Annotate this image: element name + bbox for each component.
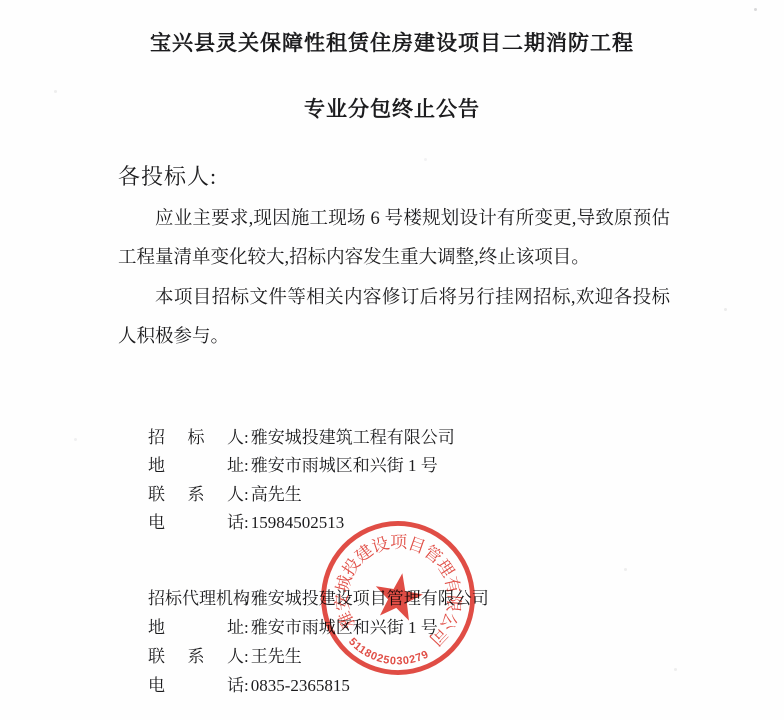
bidder-address-row: 地 址:雅安市雨城区和兴街 1 号 [148,452,784,481]
document-page: 宝兴县灵关保障性租赁住房建设项目二期消防工程 专业分包终止公告 各投标人: 应业… [0,0,784,720]
bidder-address-value: 雅安市雨城区和兴街 1 号 [251,456,438,475]
bidder-name-value: 雅安城投建筑工程有限公司 [251,428,455,447]
bidder-contact-person-label: 联 系 人 [148,481,244,510]
agency-address-label: 地 址 [148,613,244,642]
paragraph-1: 应业主要求,现因施工现场 6 号楼规划设计有所变更,导致原预估工程量清单变化较大… [118,200,670,279]
agency-phone-label: 电 话 [148,671,244,700]
colon: : [244,671,249,700]
bidder-name-row: 招 标 人:雅安城投建筑工程有限公司 [148,424,784,453]
bidder-phone-label: 电 话 [148,509,244,538]
document-title-line2: 专业分包终止公告 [0,93,784,123]
paragraph-2: 本项目招标文件等相关内容修订后将另行挂网招标,欢迎各投标人积极参与。 [118,279,670,358]
bidder-contact-person-value: 高先生 [251,485,302,504]
agency-contact-block: 招标代理机构:雅安城投建设项目管理有限公司 地 址:雅安市雨城区和兴街 1 号 … [148,584,784,700]
agency-contact-person-value: 王先生 [251,647,302,666]
bidder-phone-value: 15984502513 [251,513,345,532]
agency-contact-person-row: 联 系 人:王先生 [148,642,784,671]
agency-name-row: 招标代理机构:雅安城投建设项目管理有限公司 [148,584,784,613]
agency-name-value: 雅安城投建设项目管理有限公司 [251,589,489,608]
colon: : [244,424,249,453]
agency-phone-value: 0835-2365815 [251,676,350,695]
colon: : [244,509,249,538]
document-title-line1: 宝兴县灵关保障性租赁住房建设项目二期消防工程 [0,0,784,57]
bidder-contact-person-row: 联 系 人:高先生 [148,481,784,510]
colon: : [244,642,249,671]
salutation: 各投标人: [118,157,670,197]
bidder-phone-row: 电 话:15984502513 [148,509,784,538]
colon: : [244,613,249,642]
agency-name-label: 招标代理机构 [148,584,244,613]
colon: : [244,452,249,481]
agency-address-row: 地 址:雅安市雨城区和兴街 1 号 [148,613,784,642]
bidder-name-label: 招 标 人 [148,424,244,453]
agency-contact-person-label: 联 系 人 [148,642,244,671]
bidder-contact-block: 招 标 人:雅安城投建筑工程有限公司 地 址:雅安市雨城区和兴街 1 号 联 系… [148,424,784,538]
colon: : [244,584,249,613]
agency-phone-row: 电 话:0835-2365815 [148,671,784,700]
document-body: 各投标人: 应业主要求,现因施工现场 6 号楼规划设计有所变更,导致原预估工程量… [118,157,670,358]
bidder-address-label: 地 址 [148,452,244,481]
colon: : [244,481,249,510]
agency-address-value: 雅安市雨城区和兴街 1 号 [251,618,438,637]
